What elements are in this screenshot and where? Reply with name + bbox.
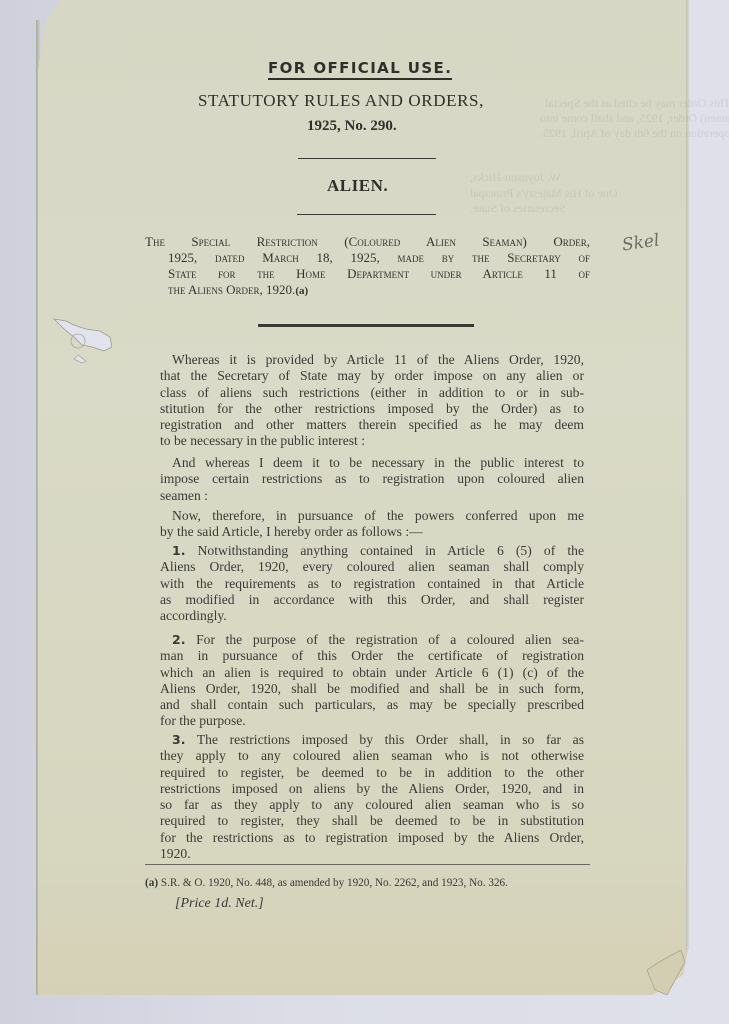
text-line: seamen :	[160, 488, 584, 504]
footnote-reference: (a)	[295, 285, 308, 297]
text-line: for the restrictions as to registration …	[160, 830, 584, 846]
clause-number: 3.	[172, 732, 185, 747]
clause-number: 1.	[172, 543, 185, 558]
text-line: restrictions imposed on aliens by the Al…	[160, 781, 584, 797]
text-line: as modified in accordance with this Orde…	[160, 592, 584, 608]
footnote-divider	[145, 864, 590, 865]
subject-heading: ALIEN.	[327, 176, 388, 196]
divider	[298, 158, 436, 159]
recital-paragraph: And whereas I deem it to be necessary in…	[160, 455, 584, 504]
divider	[297, 214, 436, 215]
bleed-through-text: Secretaries of State.	[470, 201, 566, 216]
text-line: stitution for the other restrictions imp…	[160, 401, 584, 417]
recital-paragraph: Whereas it is provided by Article 11 of …	[160, 352, 584, 450]
series-title: STATUTORY RULES AND ORDERS,	[198, 91, 484, 111]
text-line: 2. For the purpose of the registration o…	[160, 632, 584, 648]
order-title-line-text: the Aliens Order, 1920.	[168, 282, 295, 297]
bleed-through-text: operation on the 6th day of April, 1925.	[540, 126, 729, 141]
recital-paragraph: Now, therefore, in pursuance of the powe…	[160, 508, 584, 541]
folded-corner	[645, 950, 685, 995]
text-line: that the Secretary of State may by order…	[160, 368, 584, 384]
bleed-through-text: One of His Majesty's Principal	[470, 186, 617, 201]
clause-1: 1. Notwithstanding anything contained in…	[160, 543, 584, 624]
bleed-through-text: (Coloured Alien Seamen) Order, 1925, and…	[540, 111, 729, 126]
order-title-line: 1925, dated March 18, 1925, made by the …	[145, 250, 590, 266]
text-line: accordingly.	[160, 608, 584, 624]
bleed-through-text: 4. This Order may be cited as the Specia…	[545, 96, 729, 111]
text-line: man in pursuance of this Order the certi…	[160, 648, 584, 664]
text-line: Now, therefore, in pursuance of the powe…	[160, 508, 584, 524]
text-line: and shall contain such particulars, as m…	[160, 697, 584, 713]
heavy-divider	[258, 324, 474, 327]
text-line: 1920.	[160, 846, 584, 862]
text-line: Aliens Order, 1920, shall be modified an…	[160, 681, 584, 697]
text-line: for the purpose.	[160, 713, 584, 729]
price-label: [Price 1d. Net.]	[175, 896, 264, 912]
order-title-line: State for the Home Department under Arti…	[145, 266, 590, 282]
paper-right-edge	[686, 0, 690, 950]
clause-text: Notwithstanding anything contained in Ar…	[198, 543, 584, 558]
paper-tear	[52, 315, 112, 365]
text-line: which an alien is required to obtain und…	[160, 665, 584, 681]
clause-3: 3. The restrictions imposed by this Orde…	[160, 732, 584, 862]
order-title-line: the Aliens Order, 1920.(a)	[145, 282, 590, 299]
series-number: 1925, No. 290.	[307, 118, 397, 135]
footnote-mark: (a)	[145, 877, 158, 889]
order-title: The Special Restriction (Coloured Alien …	[145, 234, 590, 299]
text-line: registration and other matters therein s…	[160, 417, 584, 433]
clause-text: For the purpose of the registration of a…	[196, 632, 584, 647]
text-line: 3. The restrictions imposed by this Orde…	[160, 732, 584, 748]
clause-2: 2. For the purpose of the registration o…	[160, 632, 584, 730]
text-line: so far as they apply to any coloured ali…	[160, 797, 584, 813]
text-line: And whereas I deem it to be necessary in…	[160, 455, 584, 471]
text-line: required to register, they shall be deem…	[160, 813, 584, 829]
order-title-line: The Special Restriction (Coloured Alien …	[145, 234, 590, 250]
text-line: by the said Article, I hereby order as f…	[160, 524, 584, 540]
footnote-text: S.R. & O. 1920, No. 448, as amended by 1…	[161, 877, 508, 889]
text-line: Whereas it is provided by Article 11 of …	[160, 352, 584, 368]
footnote: (a) S.R. & O. 1920, No. 448, as amended …	[145, 877, 508, 889]
text-line: required to register, be deemed to be in…	[160, 765, 584, 781]
text-line: class of aliens such restrictions (eithe…	[160, 385, 584, 401]
bleed-through-text: W. Joynson-Hicks,	[470, 170, 561, 185]
clause-number: 2.	[172, 632, 185, 647]
text-line: Aliens Order, 1920, every coloured alien…	[160, 559, 584, 575]
text-line: 1. Notwithstanding anything contained in…	[160, 543, 584, 559]
text-line: they apply to any coloured alien seaman …	[160, 748, 584, 764]
text-line: with the requirements as to registration…	[160, 576, 584, 592]
text-line: to be necessary in the public interest :	[160, 433, 584, 449]
text-line: impose certain restrictions as to regist…	[160, 471, 584, 487]
classification-label: FOR OFFICIAL USE.	[268, 59, 452, 80]
clause-text: The restrictions imposed by this Order s…	[197, 732, 584, 747]
